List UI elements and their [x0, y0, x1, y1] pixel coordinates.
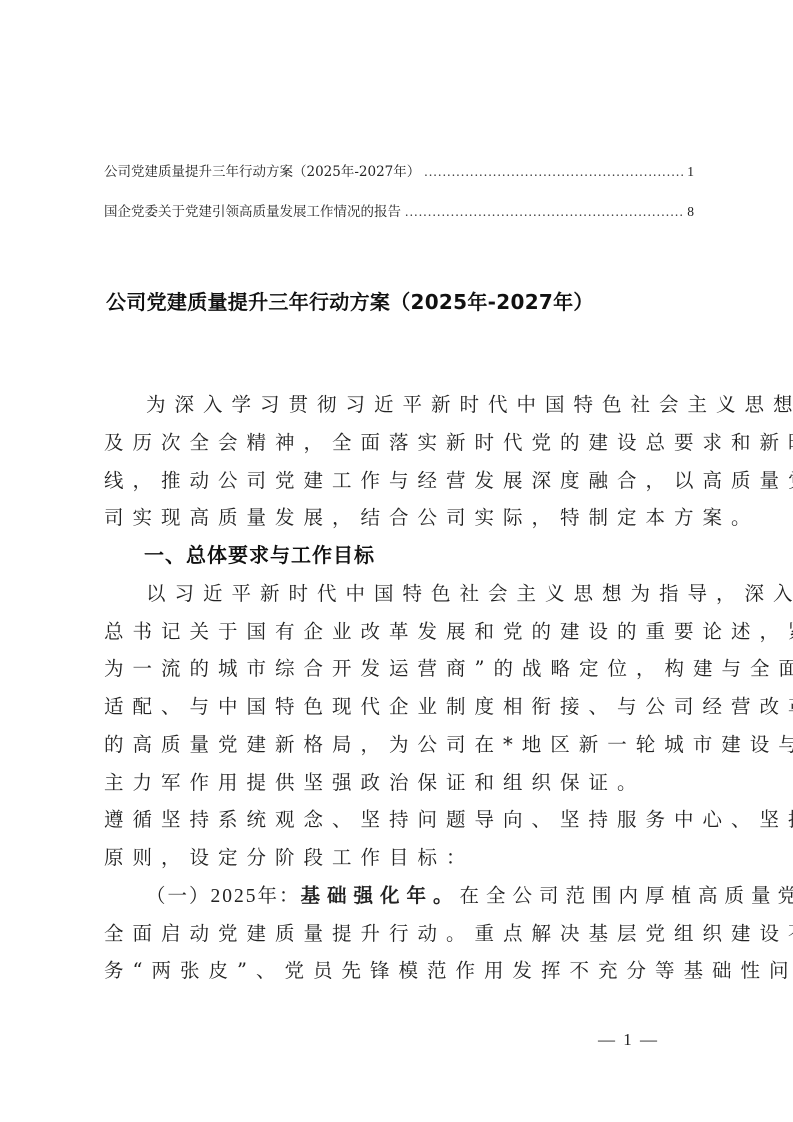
- document-body: 为深入学习贯彻习近平新时代中国特色社会主义思想和党的二十大 及历次全会精神，全面…: [104, 386, 696, 990]
- paragraph-line: 总书记关于国有企业改革发展和党的建设的重要论述，紧密围绕公司“成: [104, 613, 696, 651]
- paragraph-line: 务“两张皮”、党员先锋模范作用发挥不充分等基础性问题，完成党建工作: [104, 952, 696, 990]
- toc-leader-dots: ........................................…: [424, 164, 685, 180]
- document-page: 公司党建质量提升三年行动方案（2025年-2027年） ............…: [0, 0, 793, 1122]
- subsection-label: （一）2025年：: [146, 886, 301, 907]
- toc-entry[interactable]: 国企党委关于党建引领高质量发展工作情况的报告 .................…: [104, 200, 694, 240]
- toc-entry[interactable]: 公司党建质量提升三年行动方案（2025年-2027年） ............…: [104, 160, 694, 200]
- paragraph-line: 线，推动公司党建工作与经营发展深度融合，以高质量党建引领和保障公: [104, 462, 696, 500]
- table-of-contents: 公司党建质量提升三年行动方案（2025年-2027年） ............…: [104, 160, 694, 240]
- paragraph-line: 主力军作用提供坚强政治保证和组织保证。: [104, 764, 696, 802]
- paragraph-line: 以习近平新时代中国特色社会主义思想为指导，深入贯彻落实习近平: [104, 575, 696, 613]
- toc-entry-page: 8: [687, 204, 694, 220]
- paragraph-line: 全面启动党建质量提升行动。重点解决基层党组织建设不规范、党建与业: [104, 915, 696, 953]
- section-heading: 一、总体要求与工作目标: [104, 537, 696, 575]
- toc-entry-title: 公司党建质量提升三年行动方案（2025年-2027年）: [104, 160, 420, 180]
- page-number: — 1 —: [598, 1030, 659, 1050]
- paragraph-line: 的高质量党建新格局，为公司在*地区新一轮城市建设与产业升级中发挥: [104, 726, 696, 764]
- paragraph-line: 为一流的城市综合开发运营商”的战略定位，构建与全面从严治党体系相: [104, 650, 696, 688]
- paragraph-line: 为深入学习贯彻习近平新时代中国特色社会主义思想和党的二十大: [104, 386, 696, 424]
- toc-leader-dots: ........................................…: [405, 204, 685, 220]
- paragraph-line: 司实现高质量发展，结合公司实际，特制定本方案。: [104, 499, 696, 537]
- subsection-text: 在全公司范围内厚植高质量党建理念，: [460, 884, 793, 907]
- paragraph-line: 原则，设定分阶段工作目标：: [104, 839, 696, 877]
- paragraph-line: 适配、与中国特色现代企业制度相衔接、与公司经营改革发展任务相适应: [104, 688, 696, 726]
- paragraph-line: 及历次全会精神，全面落实新时代党的建设总要求和新时代党的组织路: [104, 424, 696, 462]
- toc-entry-page: 1: [687, 164, 694, 180]
- subsection-line: （一）2025年：基础强化年。在全公司范围内厚植高质量党建理念，: [104, 877, 696, 915]
- document-title: 公司党建质量提升三年行动方案（2025年-2027年）: [106, 286, 594, 315]
- toc-entry-title: 国企党委关于党建引领高质量发展工作情况的报告: [104, 200, 401, 220]
- paragraph-line: 遵循坚持系统观念、坚持问题导向、坚持服务中心、坚持守正创新的工作: [104, 801, 696, 839]
- subsection-stage: 基础强化年。: [301, 884, 460, 907]
